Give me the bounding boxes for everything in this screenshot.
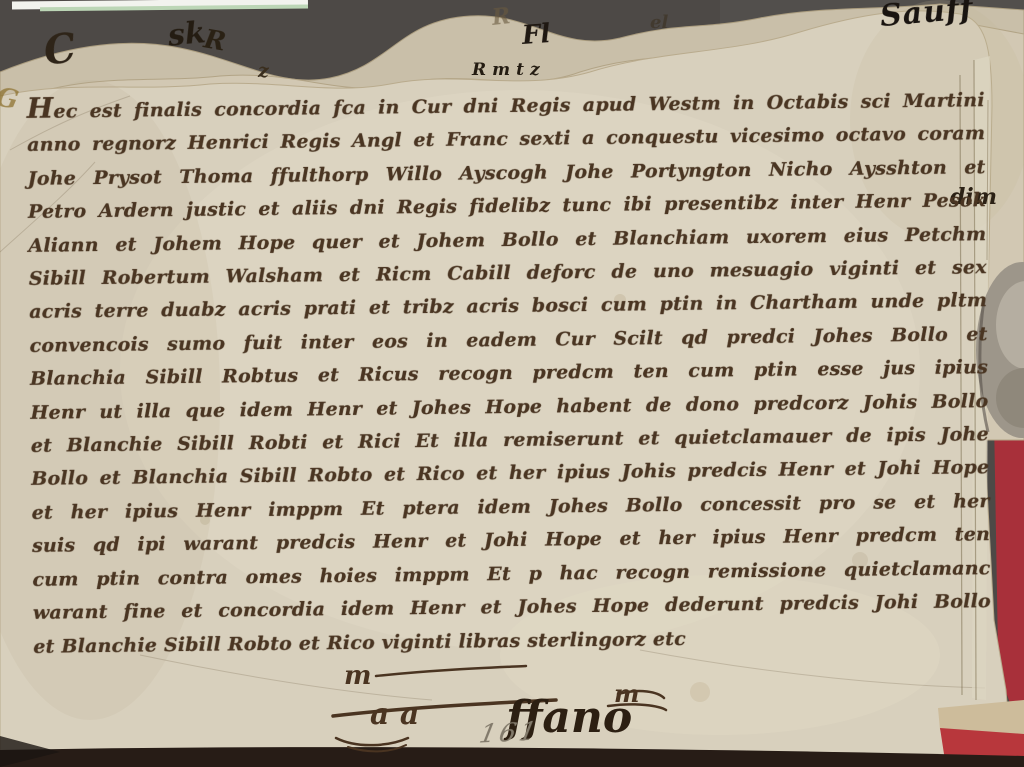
signature-prefix: m — [344, 661, 372, 691]
signature-strokes: a a — [370, 697, 419, 732]
signature-suffix: m — [614, 679, 639, 708]
manuscript-text-block: Hec est finalis concordia fca in Cur dni… — [27, 80, 992, 664]
photo-scene: G C sk R z R Fl Rmtz el Sauff dim Hec es… — [0, 0, 1024, 767]
manuscript-photo: { "manuscript": { "lines": [ "Hec est fi… — [0, 0, 1024, 767]
folio-number: 161 — [477, 716, 542, 749]
